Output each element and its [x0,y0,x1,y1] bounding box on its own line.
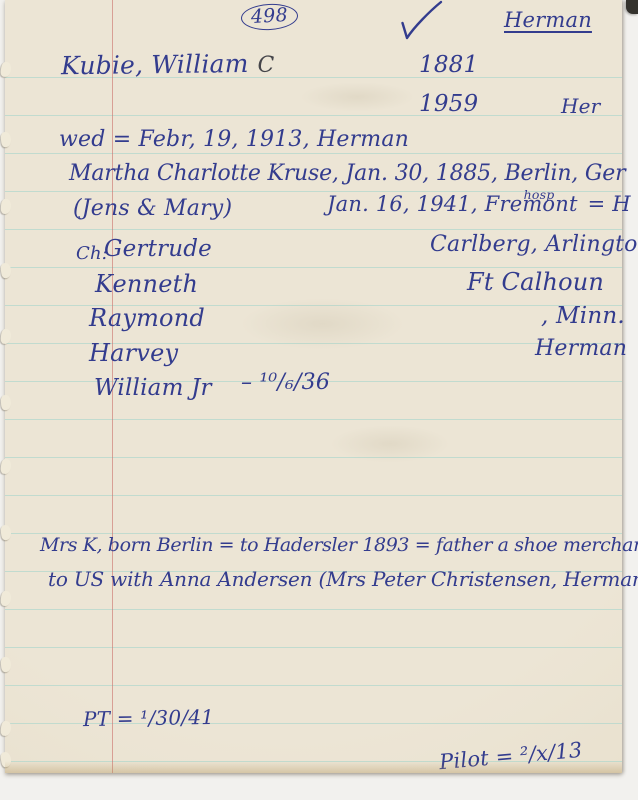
birth-year: 1881 [419,52,478,78]
child-note: , Minn. [541,303,625,329]
spouse-death-tail: = H [588,192,631,216]
spouse-parents: (Jens & Mary) [73,196,232,221]
spouse-line: Martha Charlotte Kruse, Jan. 30, 1885, B… [69,161,625,186]
page-number-circle: 498 [240,3,298,32]
community-label: Herman [504,8,592,32]
paper-smudge [330,425,450,463]
paper-smudge [300,82,415,112]
child-note: Carlberg, Arlington [430,232,638,257]
death-place-abbr: Her [561,94,600,118]
child-name: Harvey [89,339,178,367]
spouse-death-line: Jan. 16, 1941, Fremonthosp= H [327,192,631,216]
page-number: 498 [241,4,298,30]
marriage-line: wed = Febr, 19, 1913, Herman [59,127,409,152]
child-name: William Jr [94,375,212,401]
subject-name: Kubie, WilliamC [61,49,275,81]
notebook-page: 498 Herman Kubie, WilliamC 1881 1959 Her… [5,0,622,773]
child-note: Ft Calhoun [467,268,604,296]
torn-hole [0,61,12,77]
biography-note-line2: to US with Anna Andersen (Mrs Peter Chri… [48,567,638,591]
biography-note-line1: Mrs K, born Berlin = to Hadersler 1893 =… [40,534,638,556]
paper-smudge [240,298,405,350]
scanner-corner-shadow [626,0,638,14]
child-note: Herman [535,336,627,361]
scanned-genealogy-page: { "colors": { "ink": "#333c8e", "pencil"… [0,0,638,800]
child-name: Kenneth [95,270,198,298]
child-name: Gertrude [104,236,212,262]
subject-suffix: C [257,53,274,78]
child-note: – ¹⁰/₆/36 [241,370,330,395]
check-mark-icon [395,0,443,42]
subject-name-text: Kubie, William [61,49,249,80]
death-year: 1959 [419,91,478,117]
child-name: Raymond [89,304,205,332]
pt-annotation: PT = ¹/30/41 [83,705,214,731]
